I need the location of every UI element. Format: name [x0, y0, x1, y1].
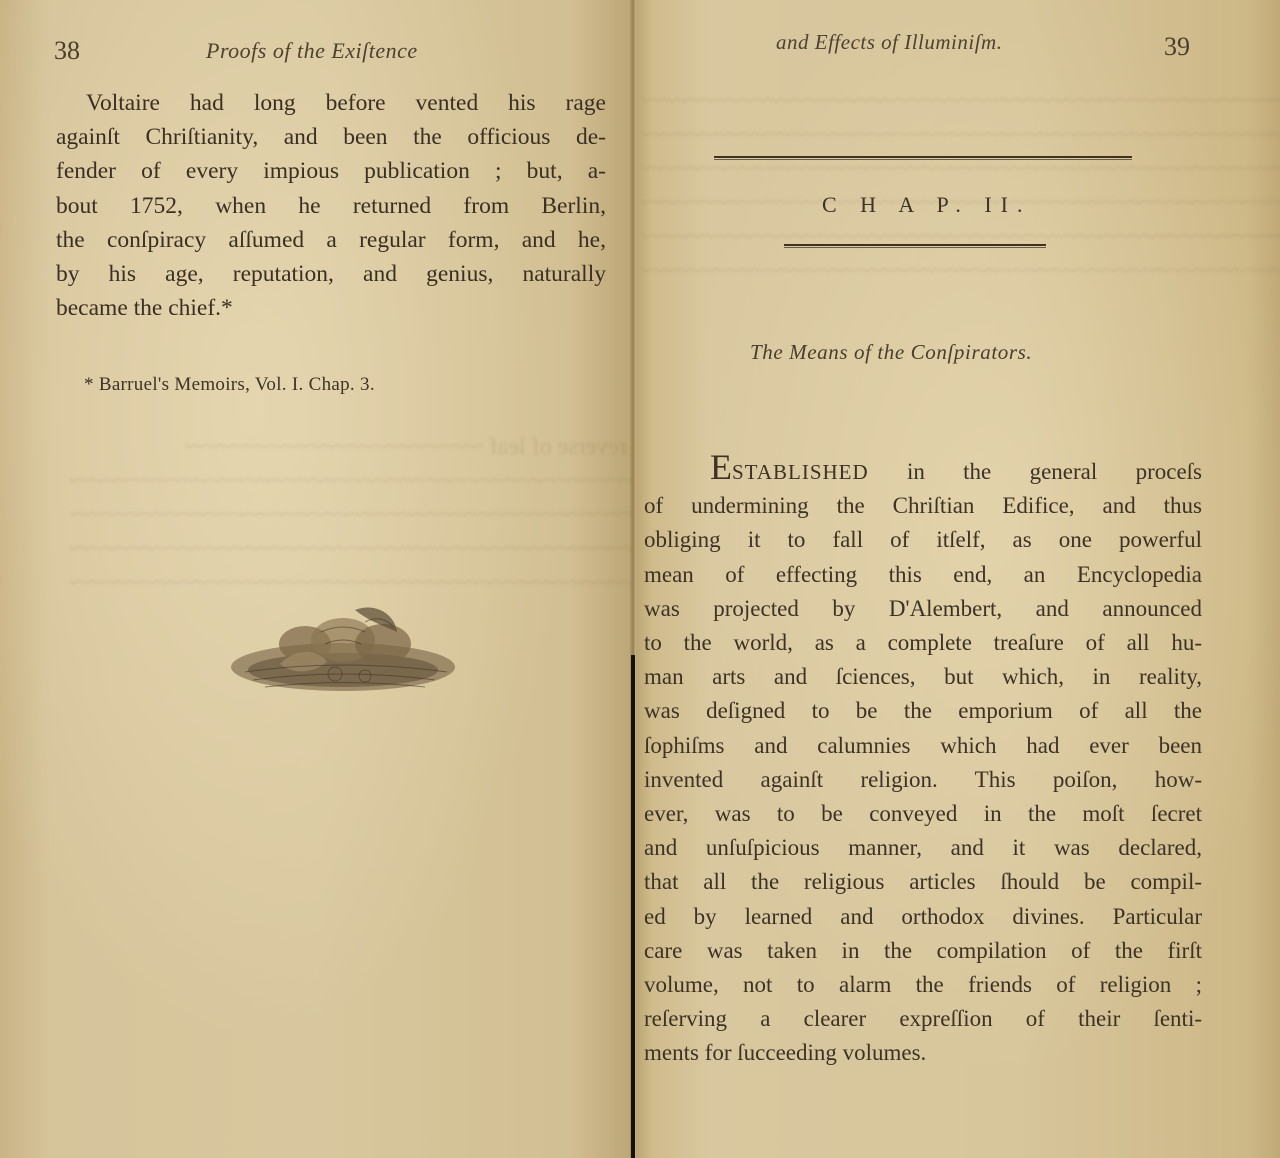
text-line: was deſigned to be the emporium of all t…: [644, 694, 1202, 728]
text-line: to the world, as a complete treaſure of …: [644, 626, 1202, 660]
running-head-left: Proofs of the Exiſtence: [206, 38, 418, 64]
page-number-left: 38: [54, 36, 80, 66]
text-line: ments for ſucceeding volumes.: [644, 1036, 1202, 1070]
text-line: care was taken in the compilation of the…: [644, 934, 1202, 968]
text-line: reſerving a clearer expreſſion of their …: [644, 1002, 1202, 1036]
show-through-text: ~~~~~~~~~~~~~~~~~~~~~~~~~~~~~~~~~~~~~~~~…: [642, 84, 1280, 288]
chapter-rule-bottom: [784, 244, 1046, 248]
book-spread: bleed-through text from reverse of leaf …: [0, 0, 1280, 1158]
opening-word: STABLISHED: [732, 460, 869, 484]
text-line: man arts and ſciences, but which, in rea…: [644, 660, 1202, 694]
text-line: obliging it to fall of itſelf, as one po…: [644, 523, 1202, 557]
opening-line-rest: in the general proceſs: [869, 459, 1202, 484]
chapter-rule-top: [714, 156, 1132, 160]
text-line: mean of effecting this end, an Encyclope…: [644, 558, 1202, 592]
body-text-left: Voltaire had long before vented his rage…: [56, 86, 606, 325]
page-number-right: 39: [1164, 32, 1190, 62]
text-line: againſt Chriſtianity, and been the offic…: [56, 120, 606, 154]
text-line: volume, not to alarm the friends of reli…: [644, 968, 1202, 1002]
drop-cap: E: [710, 447, 732, 487]
text-line: that all the religious articles ſhould b…: [644, 865, 1202, 899]
text-line: invented againſt religion. This poiſon, …: [644, 763, 1202, 797]
text-line: and unſuſpicious manner, and it was decl…: [644, 831, 1202, 865]
text-line: became the chief.*: [56, 291, 606, 325]
chapter-subtitle: The Means of the Conſpirators.: [750, 340, 1032, 365]
text-line: of undermining the Chriſtian Edifice, an…: [644, 489, 1202, 523]
text-line: fender of every impious publication ; bu…: [56, 154, 606, 188]
footnote: * Barruel's Memoirs, Vol. I. Chap. 3.: [84, 374, 375, 396]
text-line: bout 1752, when he returned from Berlin,: [56, 189, 606, 223]
text-line: ever, was to be conveyed in the moſt ſec…: [644, 797, 1202, 831]
text-line: ſophiſms and calumnies which had ever be…: [644, 729, 1202, 763]
right-page: ~~~~~~~~~~~~~~~~~~~~~~~~~~~~~~~~~~~~~~~~…: [632, 0, 1280, 1158]
gutter-shadow: [631, 655, 635, 1158]
text-line: was projected by D'Alembert, and announc…: [644, 592, 1202, 626]
text-line: the conſpiracy aſſumed a regular form, a…: [56, 223, 606, 257]
left-page: bleed-through text from reverse of leaf …: [0, 0, 632, 1158]
text-line: ed by learned and orthodox divines. Part…: [644, 900, 1202, 934]
woodcut-ornament-icon: [225, 592, 465, 707]
running-head-right: and Effects of Illuminiſm.: [776, 30, 1002, 55]
text-line: by his age, reputation, and genius, natu…: [56, 257, 606, 291]
body-text-right: ESTABLISHED in the general proceſs of un…: [644, 452, 1202, 1071]
text-line: Voltaire had long before vented his rage: [56, 86, 606, 120]
show-through-text: bleed-through text from reverse of leaf …: [70, 430, 632, 600]
opening-line: ESTABLISHED in the general proceſs: [644, 452, 1202, 489]
chapter-title: C H A P. II.: [822, 192, 1031, 218]
